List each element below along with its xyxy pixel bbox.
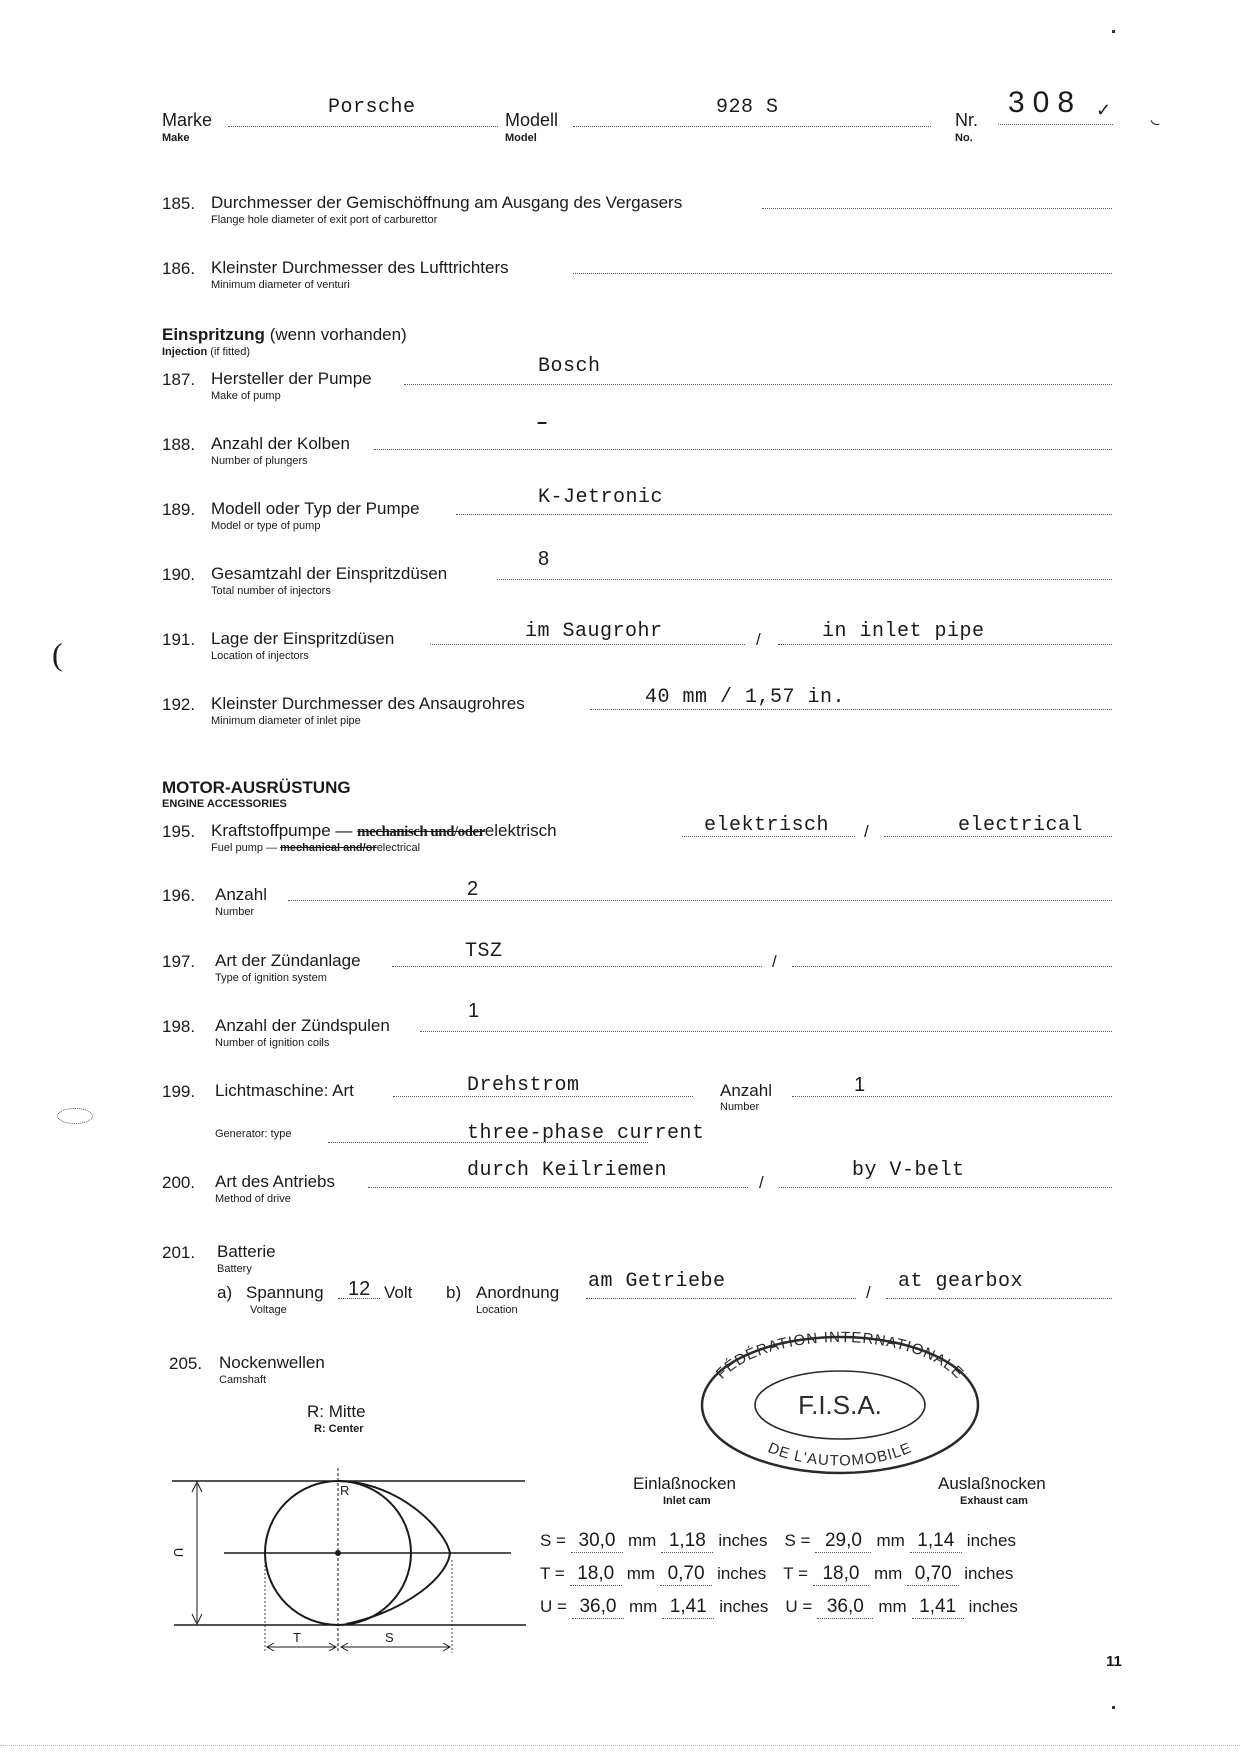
item-201-label-en: Battery (217, 1263, 252, 1275)
item-195-value-en[interactable]: electrical (958, 814, 1083, 837)
svg-text:DE L'AUTOMOBILE: DE L'AUTOMOBILE (765, 1439, 914, 1469)
item-200-slash: / (759, 1173, 764, 1193)
item-196-number: 196. (162, 886, 195, 906)
cam-key-label: U = (540, 1597, 567, 1616)
item-197-label: Art der Zündanlage (215, 951, 361, 971)
diagram-s-label: S (385, 1630, 394, 1645)
exhaust-mm-value[interactable]: 36,0 (817, 1596, 873, 1619)
item-196-value[interactable]: 2 (467, 878, 478, 901)
item-188-label-en: Number of plungers (211, 455, 308, 467)
item-190-label: Gesamtzahl der Einspritzdüsen (211, 564, 447, 584)
item-189-field[interactable] (456, 514, 1112, 515)
item-196-field[interactable] (288, 900, 1112, 901)
cam-row-u: U =36,0mm1,41inchesU =36,0mm1,41inches (540, 1596, 1023, 1619)
item-199-number: 199. (162, 1082, 195, 1102)
item-195-label: Kraftstoffpumpe — mechanisch und/oderele… (211, 821, 557, 841)
item-188-field[interactable] (374, 449, 1112, 450)
inches-unit: inches (967, 1531, 1016, 1550)
cam-key-label: S = (784, 1531, 810, 1550)
speck-icon (1112, 30, 1115, 33)
item-197-label-en: Type of ignition system (215, 972, 327, 984)
item-188-number: 188. (162, 435, 195, 455)
battery-voltage-label-en: Voltage (250, 1304, 287, 1316)
inches-unit: inches (718, 1531, 767, 1550)
item-195-label-en: Fuel pump — mechanical and/orelectrical (211, 842, 420, 854)
item-195-value-de[interactable]: elektrisch (704, 814, 829, 837)
battery-location-field-en[interactable] (886, 1298, 1112, 1299)
nr-value[interactable]: 308 (1008, 86, 1082, 120)
nr-label-en: No. (955, 132, 973, 144)
exhaust-inches-value[interactable]: 1,14 (910, 1530, 962, 1553)
mm-unit: mm (627, 1564, 655, 1583)
item-198-field[interactable] (420, 1031, 1112, 1032)
make-value[interactable]: Porsche (328, 96, 416, 119)
item-192-label-en: Minimum diameter of inlet pipe (211, 715, 361, 727)
cam-key-label: U = (785, 1597, 812, 1616)
battery-location-field-de[interactable] (586, 1298, 856, 1299)
item-190-number: 190. (162, 565, 195, 585)
item-188-label: Anzahl der Kolben (211, 434, 350, 454)
item-187-number: 187. (162, 370, 195, 390)
inlet-cam-label: Einlaßnocken (633, 1474, 736, 1494)
item-199-value[interactable]: Drehstrom (467, 1074, 580, 1097)
item-200-number: 200. (162, 1173, 195, 1193)
item-192-value[interactable]: 40 mm / 1,57 in. (645, 686, 845, 709)
diagram-center-label: R: Mitte (307, 1402, 366, 1422)
item-190-field[interactable] (497, 579, 1112, 580)
inlet-cam-label-en: Inlet cam (663, 1495, 711, 1507)
injection-heading: Einspritzung (wenn vorhanden) (162, 325, 407, 345)
inches-unit: inches (717, 1564, 766, 1583)
injection-heading-en: Injection (if fitted) (162, 346, 250, 358)
item-196-label-en: Number (215, 906, 254, 918)
battery-a-label: a) (217, 1283, 232, 1303)
item-195-struck-text-en: mechanical and/or (280, 842, 377, 854)
item-198-label: Anzahl der Zündspulen (215, 1016, 390, 1036)
mm-unit: mm (878, 1597, 906, 1616)
item-189-number: 189. (162, 500, 195, 520)
make-label-en: Make (162, 132, 190, 144)
mm-unit: mm (876, 1531, 904, 1550)
exhaust-cam-label-en: Exhaust cam (960, 1495, 1028, 1507)
inlet-inches-value[interactable]: 0,70 (660, 1563, 712, 1586)
item-191-number: 191. (162, 630, 195, 650)
margin-paren-mark: ( (52, 636, 63, 673)
inlet-inches-value[interactable]: 1,41 (662, 1596, 714, 1619)
item-195-slash: / (864, 822, 869, 842)
item-191-value-en[interactable]: in inlet pipe (822, 620, 985, 643)
mm-unit: mm (874, 1564, 902, 1583)
item-197-field-de[interactable] (392, 966, 762, 967)
item-197-value-de[interactable]: TSZ (465, 940, 503, 963)
item-198-label-en: Number of ignition coils (215, 1037, 329, 1049)
generator-type-value[interactable]: three-phase current (467, 1122, 705, 1145)
item-200-value-en[interactable]: by V-belt (852, 1159, 965, 1182)
model-field-line (573, 126, 931, 127)
item-186-number: 186. (162, 259, 195, 279)
item-185-field[interactable] (762, 208, 1112, 209)
diagram-r-label: R (340, 1483, 349, 1498)
item-198-value[interactable]: 1 (468, 1000, 479, 1023)
item-186-label-en: Minimum diameter of venturi (211, 279, 350, 291)
item-191-value-de[interactable]: im Saugrohr (525, 620, 663, 643)
diagram-center-label-en: R: Center (314, 1423, 364, 1435)
generator-type-label: Generator: type (215, 1128, 291, 1140)
item-190-value[interactable]: 8 (538, 548, 549, 571)
item-199-count-label: Anzahl (720, 1081, 772, 1101)
mm-unit: mm (628, 1531, 656, 1550)
exhaust-inches-value[interactable]: 1,41 (912, 1596, 964, 1619)
item-205-label: Nockenwellen (219, 1353, 325, 1373)
diagram-u-label: U (171, 1548, 186, 1557)
item-191-label: Lage der Einspritzdüsen (211, 629, 394, 649)
item-205-number: 205. (169, 1354, 202, 1374)
item-186-label: Kleinster Durchmesser des Lufttrichters (211, 258, 509, 278)
inches-unit: inches (969, 1597, 1018, 1616)
item-187-field[interactable] (404, 384, 1112, 385)
motor-heading: MOTOR-AUSRÜSTUNG (162, 778, 351, 798)
battery-location-slash: / (866, 1283, 871, 1303)
item-197-slash: / (772, 952, 777, 972)
battery-location-value-de[interactable]: am Getriebe (588, 1270, 726, 1293)
battery-b-label: b) (446, 1283, 461, 1303)
item-198-number: 198. (162, 1017, 195, 1037)
item-187-label: Hersteller der Pumpe (211, 369, 372, 389)
item-185-label: Durchmesser der Gemischöffnung am Ausgan… (211, 193, 682, 213)
cam-row-t: T =18,0mm0,70inchesT =18,0mm0,70inches (540, 1563, 1018, 1586)
item-201-number: 201. (162, 1243, 195, 1263)
item-185-label-en: Flange hole diameter of exit port of car… (211, 214, 437, 226)
battery-location-label: Anordnung (476, 1283, 559, 1303)
item-189-value[interactable]: K-Jetronic (538, 486, 663, 509)
diagram-t-label: T (293, 1630, 301, 1645)
item-201-label: Batterie (217, 1242, 276, 1262)
inlet-mm-value[interactable]: 30,0 (571, 1530, 623, 1553)
item-200-field-en[interactable] (779, 1187, 1112, 1188)
item-191-slash: / (756, 630, 761, 650)
item-191-field-en[interactable] (778, 644, 1112, 645)
item-190-label-en: Total number of injectors (211, 585, 331, 597)
fisa-stamp: FÉDÉRATION INTERNATIONALE DE L'AUTOMOBIL… (695, 1330, 985, 1480)
inlet-mm-value[interactable]: 36,0 (572, 1596, 624, 1619)
item-187-label-en: Make of pump (211, 390, 281, 402)
exhaust-mm-value[interactable]: 18,0 (813, 1563, 869, 1586)
item-199-count-label-en: Number (720, 1101, 759, 1113)
cam-row-s: S =30,0mm1,18inchesS =29,0mm1,14inches (540, 1530, 1021, 1553)
svg-text:FÉDÉRATION INTERNATIONALE: FÉDÉRATION INTERNATIONALE (713, 1330, 967, 1382)
cam-key-label: T = (540, 1564, 565, 1583)
battery-location-label-en: Location (476, 1304, 518, 1316)
make-label: Marke (162, 110, 212, 131)
item-196-label: Anzahl (215, 885, 267, 905)
item-189-label: Modell oder Typ der Pumpe (211, 499, 420, 519)
inches-unit: inches (964, 1564, 1013, 1583)
model-value[interactable]: 928 S (716, 96, 779, 119)
exhaust-cam-label: Auslaßnocken (938, 1474, 1046, 1494)
punch-hole-mark-icon (57, 1108, 93, 1124)
battery-location-value-en[interactable]: at gearbox (898, 1270, 1023, 1293)
item-197-field-en[interactable] (792, 966, 1112, 967)
inches-unit: inches (719, 1597, 768, 1616)
checkmark-icon: ✓ (1096, 100, 1111, 121)
item-200-value-de[interactable]: durch Keilriemen (467, 1159, 667, 1182)
item-205-label-en: Camshaft (219, 1374, 266, 1386)
cam-key-label: S = (540, 1531, 566, 1550)
item-200-label: Art des Antriebs (215, 1172, 335, 1192)
cam-key-label: T = (783, 1564, 808, 1583)
item-200-field-de[interactable] (368, 1187, 748, 1188)
item-187-value[interactable]: Bosch (538, 355, 601, 378)
inlet-mm-value[interactable]: 18,0 (570, 1563, 622, 1586)
item-185-number: 185. (162, 194, 195, 214)
item-188-value[interactable]: – (536, 412, 549, 435)
scan-edge-line (0, 1745, 1240, 1746)
item-189-label-en: Model or type of pump (211, 520, 320, 532)
item-191-label-en: Location of injectors (211, 650, 309, 662)
item-200-label-en: Method of drive (215, 1193, 291, 1205)
exhaust-inches-value[interactable]: 0,70 (907, 1563, 959, 1586)
item-195-number: 195. (162, 822, 195, 842)
item-192-number: 192. (162, 695, 195, 715)
svg-text:F.I.S.A.: F.I.S.A. (798, 1390, 882, 1420)
item-199-count-field[interactable] (792, 1096, 1112, 1097)
speck-icon (1112, 1706, 1115, 1709)
nr-field-line (998, 124, 1113, 125)
item-197-number: 197. (162, 952, 195, 972)
motor-heading-en: ENGINE ACCESSORIES (162, 798, 287, 810)
scan-mark-icon: ◟ (1147, 107, 1161, 129)
model-label-en: Model (505, 132, 537, 144)
model-label: Modell (505, 110, 558, 131)
item-192-label: Kleinster Durchmesser des Ansaugrohres (211, 694, 525, 714)
battery-voltage-unit: Volt (384, 1283, 412, 1303)
item-192-field[interactable] (590, 709, 1112, 710)
item-186-field[interactable] (573, 273, 1112, 274)
item-199-label: Lichtmaschine: Art (215, 1081, 354, 1101)
item-191-field-de[interactable] (430, 644, 745, 645)
item-195-struck-text: mechanisch und/oder (357, 824, 485, 840)
nr-label: Nr. (955, 110, 978, 131)
mm-unit: mm (629, 1597, 657, 1616)
battery-voltage-label: Spannung (246, 1283, 324, 1303)
make-field-line (228, 126, 498, 127)
item-199-count-value[interactable]: 1 (854, 1074, 865, 1097)
battery-voltage-value[interactable]: 12 (348, 1278, 370, 1301)
exhaust-mm-value[interactable]: 29,0 (815, 1530, 871, 1553)
inlet-inches-value[interactable]: 1,18 (661, 1530, 713, 1553)
page-number: 11 (1106, 1653, 1122, 1670)
